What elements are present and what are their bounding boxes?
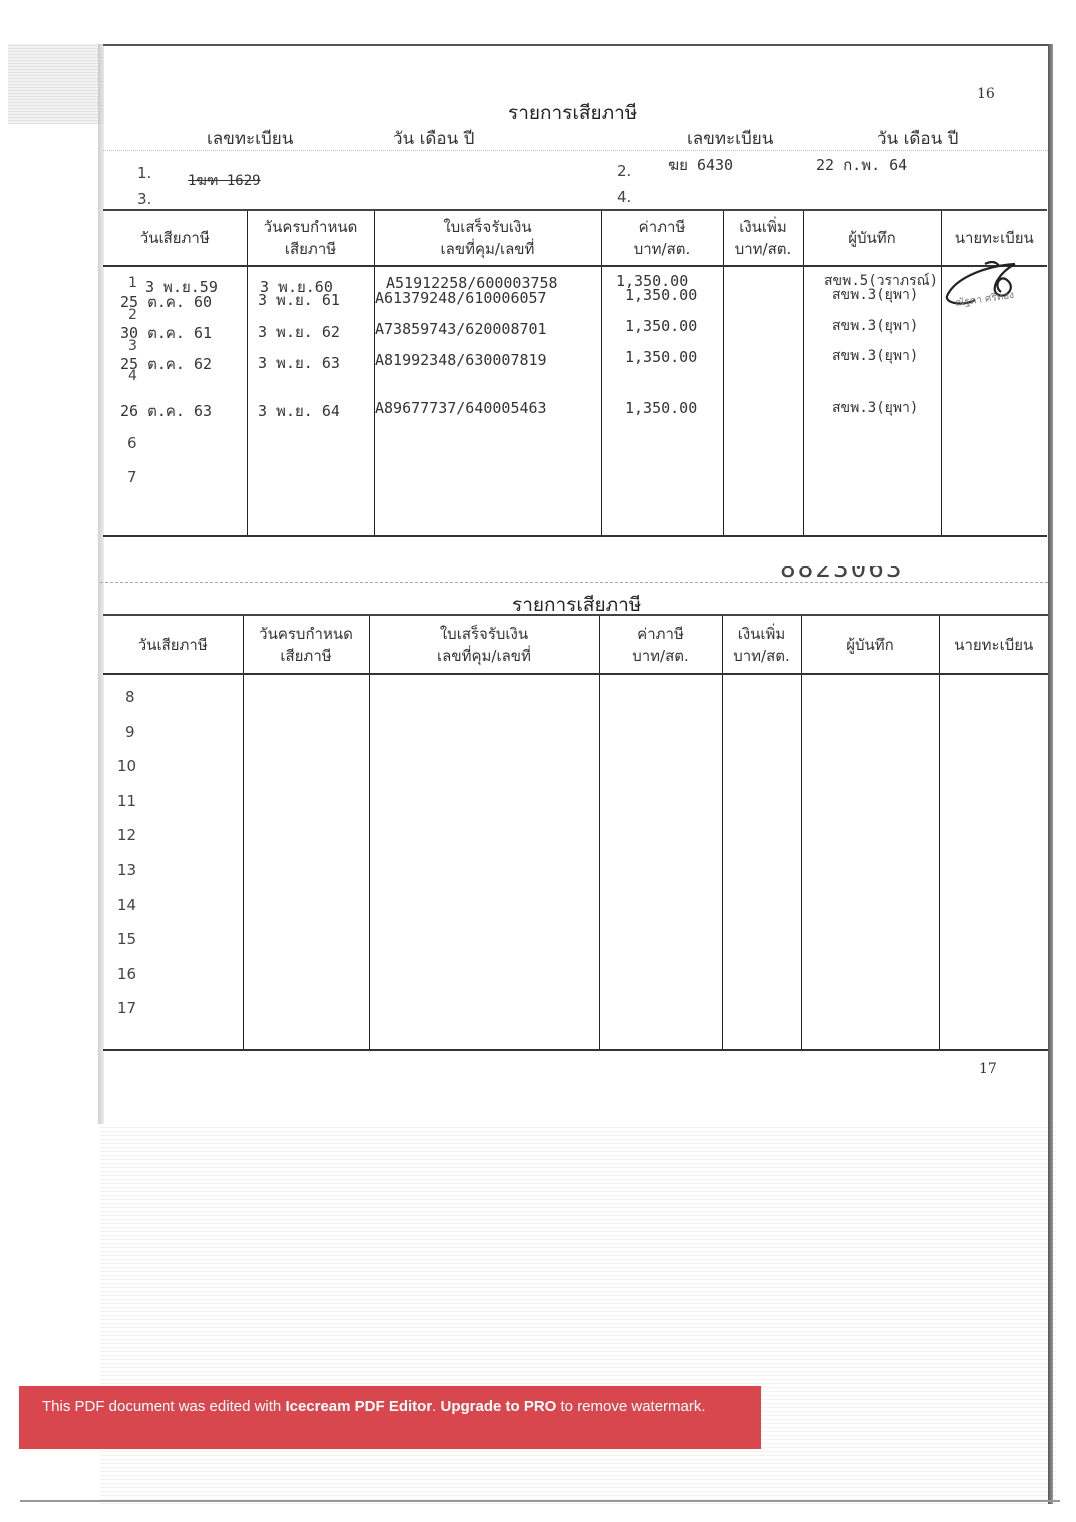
col-header-paid-date: วันเสียภาษี xyxy=(103,210,247,266)
cutoff-number: 8823063 xyxy=(780,566,904,580)
scan-edge-right xyxy=(1048,44,1053,1504)
divider xyxy=(103,150,1048,151)
tax-amount: 1,350.00 xyxy=(625,348,697,366)
watermark-sep: . xyxy=(432,1398,440,1415)
watermark-suffix: to remove watermark. xyxy=(556,1398,705,1415)
date-header-left: วัน เดือน ปี xyxy=(393,125,474,152)
row-number: 6 xyxy=(127,434,137,452)
reg-plate-1: 1ฆฑ 1629 xyxy=(188,170,261,192)
due-date: 3 พ.ย. 62 xyxy=(258,320,340,344)
row-number: 12 xyxy=(117,826,136,844)
col-header-surcharge: เงินเพิ่ม บาท/สต. xyxy=(723,210,803,266)
watermark-text: This PDF document was edited with xyxy=(42,1398,285,1415)
col-header-recorder: ผู้บันทึก xyxy=(801,615,939,674)
row-number: 9 xyxy=(125,723,135,741)
due-date: 3 พ.ย. 64 xyxy=(258,399,340,423)
receipt-number: A81992348/630007819 xyxy=(375,351,547,369)
col-header-tax: ค่าภาษี บาท/สต. xyxy=(599,615,722,674)
col-header-paid-date: วันเสียภาษี xyxy=(103,615,243,674)
date-header-right: วัน เดือน ปี xyxy=(877,125,958,152)
row-number: 13 xyxy=(117,861,136,879)
reg-index-3: 3. xyxy=(137,190,151,208)
tax-amount: 1,350.00 xyxy=(625,286,697,304)
reg-date-2: 22 ก.พ. 64 xyxy=(816,153,907,177)
row-number: 4 xyxy=(128,368,137,384)
reg-index-2: 2. xyxy=(617,162,631,180)
paid-date: 26 ต.ค. 63 xyxy=(120,399,212,423)
row-number: 16 xyxy=(117,965,136,983)
col-header-receipt: ใบเสร็จรับเงิน เลขที่คุม/เลขที่ xyxy=(369,615,599,674)
col-header-receipt: ใบเสร็จรับเงิน เลขที่คุม/เลขที่ xyxy=(374,210,601,266)
tax-table-1: วันเสียภาษี วันครบกำหนด เสียภาษี ใบเสร็จ… xyxy=(103,209,1047,537)
col-header-registrar: นายทะเบียน xyxy=(939,615,1048,674)
row-number: 11 xyxy=(117,792,136,810)
col-header-surcharge: เงินเพิ่ม บาท/สต. xyxy=(722,615,801,674)
col-header-due-date: วันครบกำหนด เสียภาษี xyxy=(247,210,374,266)
col-header-due-date: วันครบกำหนด เสียภาษี xyxy=(243,615,369,674)
row-number: 8 xyxy=(125,688,135,706)
watermark-brand: Icecream PDF Editor xyxy=(285,1398,432,1415)
recorder: สขพ.3(ยุพา) xyxy=(832,284,918,306)
reg-header-right: เลขทะเบียน xyxy=(687,125,773,152)
watermark-banner[interactable]: This PDF document was edited with Icecre… xyxy=(19,1386,761,1449)
col-header-tax: ค่าภาษี บาท/สต. xyxy=(601,210,723,266)
recorder: สขพ.3(ยุพา) xyxy=(832,397,918,419)
reg-header-left: เลขทะเบียน xyxy=(207,125,293,152)
row-number: 10 xyxy=(117,757,136,775)
recorder: สขพ.3(ยุพา) xyxy=(832,315,918,337)
receipt-number: A61379248/610006057 xyxy=(375,289,547,307)
row-number: 14 xyxy=(117,896,136,914)
reg-plate-2: ฆย 6430 xyxy=(668,153,733,177)
receipt-number: A89677737/640005463 xyxy=(375,399,547,417)
recorder: สขพ.3(ยุพา) xyxy=(832,345,918,367)
row-number: 7 xyxy=(127,468,137,486)
tax-table-2: วันเสียภาษี วันครบกำหนด เสียภาษี ใบเสร็จ… xyxy=(103,614,1048,1051)
cut-line xyxy=(100,582,1048,583)
receipt-number: A73859743/620008701 xyxy=(375,320,547,338)
tax-amount: 1,350.00 xyxy=(625,317,697,335)
due-date: 3 พ.ย. 61 xyxy=(258,288,340,312)
tax-amount: 1,350.00 xyxy=(625,399,697,417)
page-number-top: 16 xyxy=(977,86,995,102)
section-title: รายการเสียภาษี xyxy=(508,98,637,128)
due-date: 3 พ.ย. 63 xyxy=(258,351,340,375)
reg-index-4: 4. xyxy=(617,188,631,206)
row-number: 17 xyxy=(117,999,136,1017)
row-number: 15 xyxy=(117,930,136,948)
page-number-bottom: 17 xyxy=(979,1061,997,1077)
col-header-recorder: ผู้บันทึก xyxy=(803,210,941,266)
reg-index-1: 1. xyxy=(137,164,151,182)
scan-artifact xyxy=(8,44,104,124)
scan-edge-bottom xyxy=(20,1500,1060,1502)
upgrade-link[interactable]: Upgrade to PRO xyxy=(441,1398,557,1415)
